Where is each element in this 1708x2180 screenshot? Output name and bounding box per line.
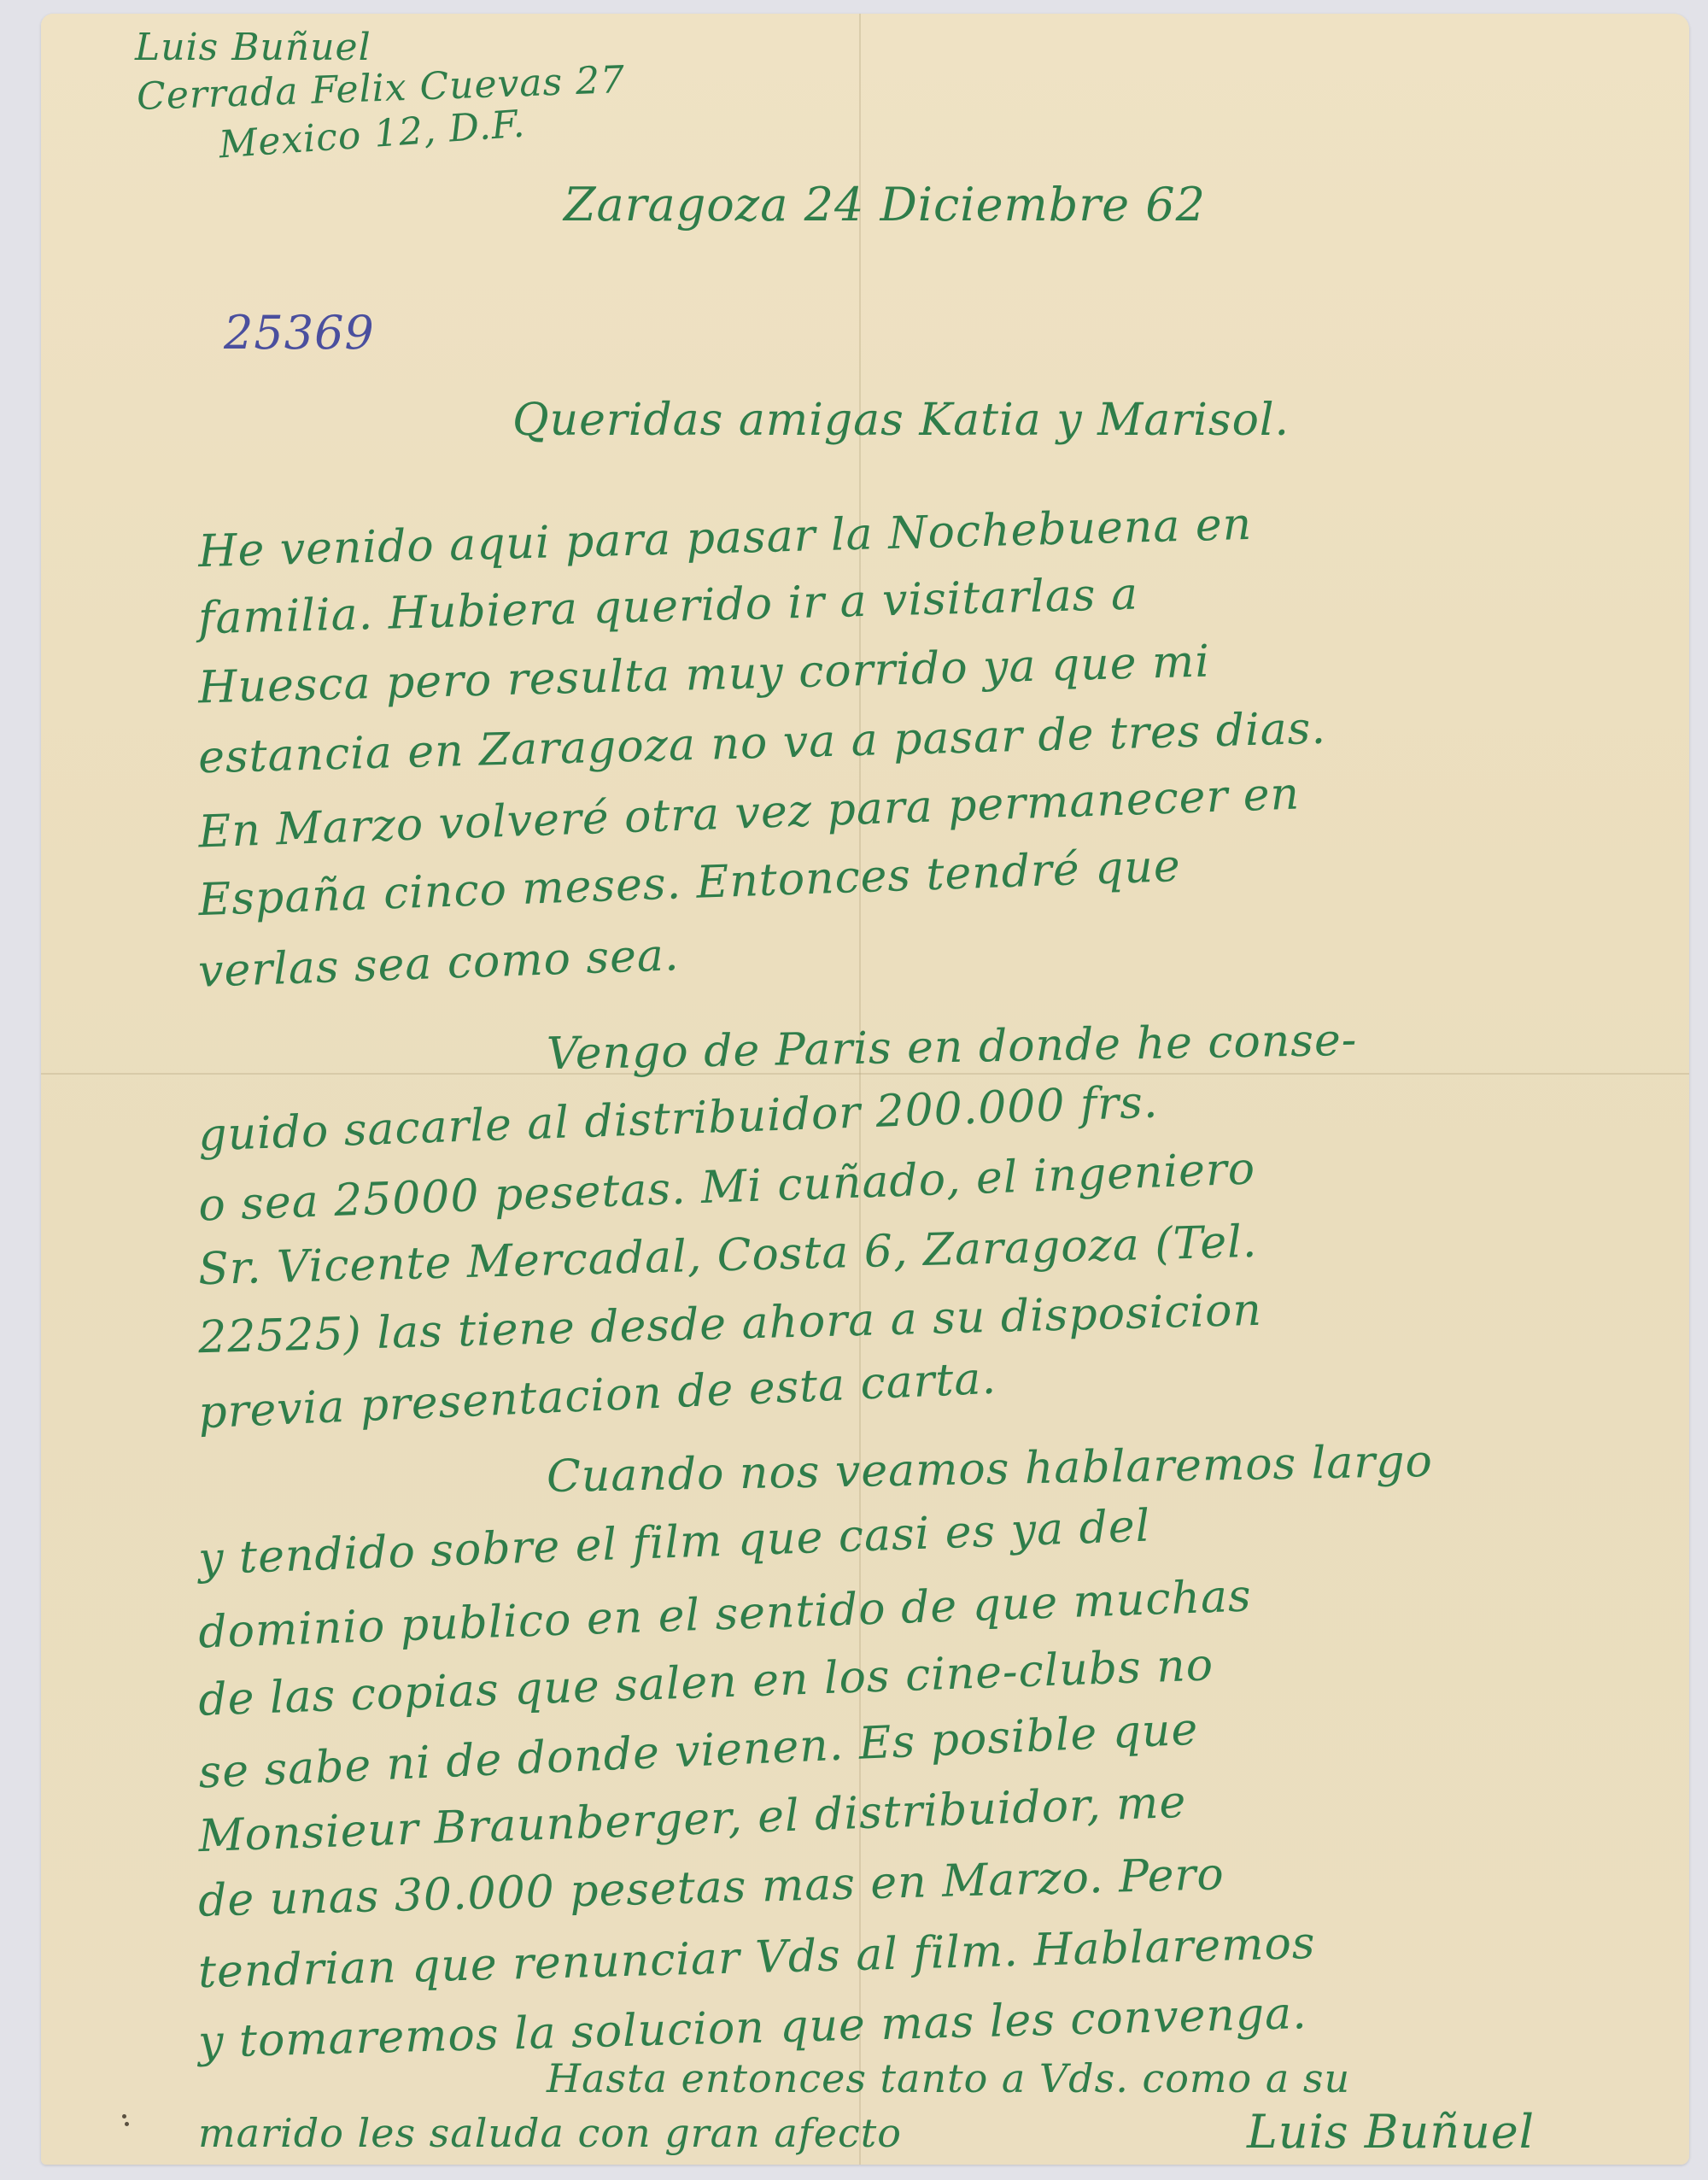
sender-name: Luis Buñuel [135,26,371,69]
closing-line: marido les saluda con gran afecto [198,2110,902,2156]
place-date: Zaragoza 24 Diciembre 62 [564,178,1206,231]
paper-speck [125,2122,129,2126]
signature: Luis Buñuel [1247,2105,1535,2159]
closing-line: Hasta entonces tanto a Vds. como a su [547,2055,1350,2101]
scanned-letter: Luis Buñuel Cerrada Felix Cuevas 27 Mexi… [0,0,1708,2180]
salutation: Queridas amigas Katia y Marisol. [512,395,1290,446]
archive-number: 25369 [224,306,375,360]
paper-speck [122,2114,126,2118]
